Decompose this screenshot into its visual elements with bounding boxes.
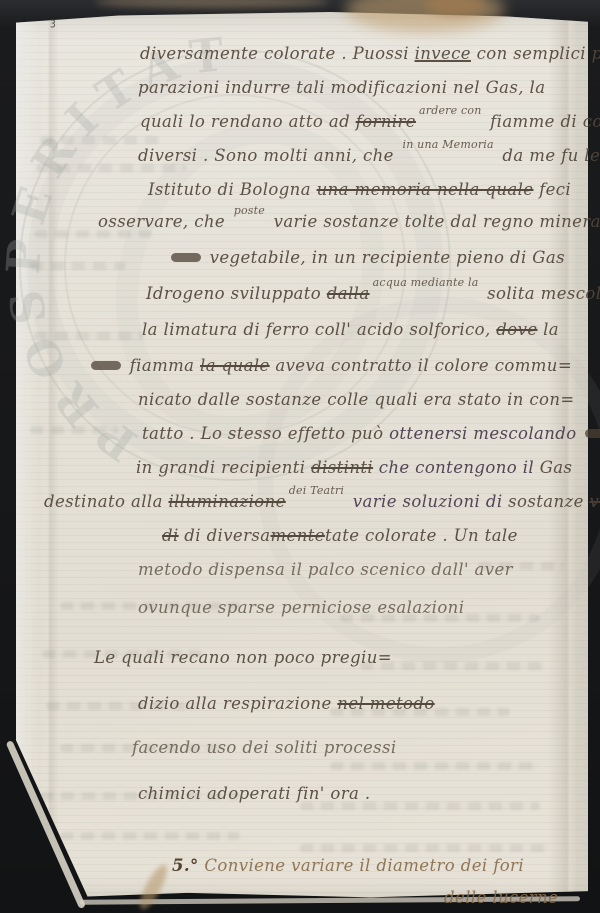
interline-insertion: ardere con	[419, 104, 482, 117]
text-segment: tatto . Lo stesso effetto può	[142, 424, 389, 443]
manuscript-line: parazioni indurre tali modificazioni nel…	[138, 78, 545, 97]
text-segment: 5.°	[172, 856, 199, 875]
text-segment: una memoria nella quale	[317, 180, 534, 199]
text-segment: la limatura di ferro coll' acido solfori…	[142, 320, 496, 339]
text-segment: feci	[533, 180, 571, 199]
text-segment: dizio alla respirazione	[138, 694, 337, 713]
text-segment: dove	[496, 320, 537, 339]
text-segment: varie soluzioni di	[347, 492, 508, 511]
manuscript-line: Istituto di Bologna una memoria nella qu…	[148, 180, 571, 199]
text-segment: aveva contratto il colore commu=	[270, 356, 572, 375]
manuscript-line: Idrogeno sviluppato dallaacqua mediante …	[146, 284, 600, 303]
manuscript-text: diversamente colorate . Puossi invece co…	[0, 0, 600, 913]
text-segment: quali lo rendano atto ad	[140, 112, 356, 131]
manuscript-line: delle lucerne	[444, 888, 558, 907]
text-segment: la	[537, 320, 559, 339]
text-segment: mente	[271, 526, 325, 545]
manuscript-line: ovunque sparse perniciose esalazioni	[138, 598, 464, 617]
text-segment: nicato dalle sostanze colle quali era st…	[138, 390, 575, 409]
text-segment: osservare, che	[98, 212, 231, 231]
text-segment: fiamme di colori	[484, 112, 600, 131]
text-segment: in grandi recipienti	[136, 458, 311, 477]
manuscript-line: tatto . Lo stesso effetto può ottenersi …	[142, 424, 600, 443]
text-segment: che contengono il	[373, 458, 540, 477]
text-segment: di	[162, 526, 179, 545]
ink-blot	[585, 429, 600, 438]
text-segment: destinato alla	[44, 492, 168, 511]
text-segment: Conviene variare il diametro dei fori	[199, 856, 524, 875]
interline-insertion: poste	[234, 204, 265, 217]
text-segment: solita mescolanza del=	[482, 284, 600, 303]
manuscript-line: facendo uso dei soliti processi	[132, 738, 397, 757]
text-segment: varie sostanze tolte dal regno minerale,…	[268, 212, 600, 231]
ink-blot	[171, 253, 201, 262]
text-segment: nel metodo	[337, 694, 434, 713]
text-segment: facendo uso dei soliti processi	[132, 738, 397, 757]
text-segment: tate colorate . Un tale	[325, 526, 518, 545]
manuscript-line: chimici adoperati fin' ora .	[138, 784, 371, 803]
text-segment: ottenersi mescolando	[389, 424, 582, 443]
manuscript-line: diversi . Sono molti anni, che in una Me…	[138, 146, 600, 165]
ink-blot	[91, 361, 121, 370]
text-segment: delle lucerne	[444, 888, 558, 907]
text-segment: con semplici pre=	[471, 44, 600, 63]
text-segment: Le quali recano non poco pregiu=	[94, 648, 392, 667]
manuscript-line: diversamente colorate . Puossi invece co…	[140, 44, 600, 63]
text-segment: vegetali	[589, 492, 600, 511]
text-segment: sostanze	[508, 492, 589, 511]
manuscript-line: la limatura di ferro coll' acido solfori…	[142, 320, 559, 339]
manuscript-line: nicato dalle sostanze colle quali era st…	[138, 390, 575, 409]
manuscript-line: in grandi recipienti distinti che conten…	[136, 458, 572, 477]
interline-insertion: in una Memoria	[402, 138, 493, 151]
text-segment: vegetabile, in un recipiente pieno di Ga…	[204, 248, 565, 267]
text-segment: parazioni indurre tali modificazioni nel…	[138, 78, 545, 97]
manuscript-line: dizio alla respirazione nel metodo	[138, 694, 435, 713]
manuscript-line: vegetabile, in un recipiente pieno di Ga…	[168, 248, 565, 267]
interline-insertion: dei Teatri	[289, 484, 344, 497]
text-segment: Gas	[540, 458, 573, 477]
text-segment: metodo dispensa il palco scenico dall' a…	[138, 560, 513, 579]
manuscript-line: metodo dispensa il palco scenico dall' a…	[138, 560, 513, 579]
text-segment: da me fu letta nello	[497, 146, 600, 165]
text-segment: diversi . Sono molti anni, che	[138, 146, 399, 165]
manuscript-line: osservare, che poste varie sostanze tolt…	[98, 212, 600, 231]
manuscript-line: di di diversamentetate colorate . Un tal…	[162, 526, 518, 545]
manuscript-line: Le quali recano non poco pregiu=	[94, 648, 392, 667]
text-segment: fiamma	[124, 356, 200, 375]
manuscript-scan: PROSPERITATE 3 diversamente colorate . P…	[0, 0, 600, 913]
manuscript-line: fiamma la quale aveva contratto il color…	[88, 356, 572, 375]
text-segment: di diversa	[179, 526, 271, 545]
text-segment: Idrogeno sviluppato	[146, 284, 327, 303]
text-segment: ovunque sparse perniciose esalazioni	[138, 598, 464, 617]
text-segment: chimici adoperati fin' ora .	[138, 784, 371, 803]
text-segment: diversamente colorate . Puossi	[140, 44, 415, 63]
text-segment: invece	[415, 44, 471, 63]
text-segment: illuminazione	[168, 492, 285, 511]
manuscript-line: quali lo rendano atto ad fornireardere c…	[140, 112, 600, 131]
manuscript-line: destinato alla illuminazionedei Teatri v…	[44, 492, 600, 511]
manuscript-line: 5.° Conviene variare il diametro dei for…	[172, 856, 524, 875]
text-segment: dalla	[327, 284, 370, 303]
text-segment: la quale	[200, 356, 270, 375]
text-segment: fornire	[356, 112, 416, 131]
text-segment: distinti	[311, 458, 373, 477]
text-segment: Istituto di Bologna	[148, 180, 317, 199]
interline-insertion: acqua mediante la	[373, 276, 479, 289]
